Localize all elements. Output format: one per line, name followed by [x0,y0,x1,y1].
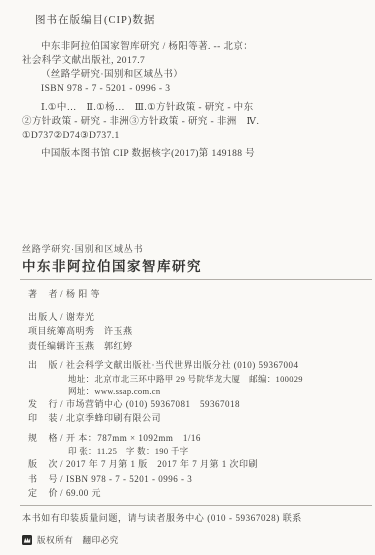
publisher-address: 地址：北京市北三环中路甲 29 号院华龙大厦 邮编：100029 [68,373,357,385]
cip-isbn-line: ISBN 978 - 7 - 5201 - 0996 - 3 [22,82,357,96]
format-value: 开 本：787mm × 1092mm 1/16 [66,431,201,446]
printing-row: 印装 / 北京季蜂印刷有限公司 [28,411,357,426]
slash-separator: / [60,411,63,426]
price-label: 定价 [28,486,58,501]
series-name: 丝路学研究·国别和区域丛书 [22,243,357,255]
cip-record-line: 中东非阿拉伯国家智库研究 / 杨阳等著. -- 北京： [22,40,357,54]
distribution-value: 市场营销中心 (010) 59367081 59367018 [66,397,240,412]
slash-separator: / [60,472,63,487]
slash-separator: / [60,358,63,373]
publisher-person-value: 谢寿光 [66,310,95,325]
project-coordinator-value: 高明秀 许玉燕 [66,324,133,339]
publisher-value: 社会科学文献出版社·当代世界出版分社 (010) 59367004 [66,358,299,373]
editor-row: 责任编辑 / 许玉燕 郭红婷 [28,339,357,354]
cip-classification-line-3: ①D737②D74③D737.1 [22,129,357,143]
author-label: 著者 [28,287,58,302]
book-title: 中东非阿拉伯国家智库研究 [22,258,357,275]
publisher-label: 出版 [28,358,58,373]
isbn-label: 书号 [28,472,58,487]
isbn-value: ISBN 978 - 7 - 5201 - 0996 - 3 [66,472,192,487]
slash-separator: / [60,397,63,412]
publisher-person-row: 出版人 / 谢寿光 [28,310,357,325]
price-value: 69.00 元 [66,486,101,501]
project-coordinator-row: 项目统筹 / 高明秀 许玉燕 [28,324,357,339]
cip-registry-line: 中国版本图书馆 CIP 数据核字(2017)第 149188 号 [22,147,357,161]
cip-series-line: （丝路学研究·国别和区域丛书） [22,68,357,82]
footer-divider [20,505,372,506]
editor-label: 责任编辑 [28,339,58,354]
colophon-block: 著者 / 杨 阳 等 出版人 / 谢寿光 项目统筹 / 高明秀 许玉燕 责任编辑… [22,287,357,501]
publisher-row: 出版 / 社会科学文献出版社·当代世界出版分社 (010) 59367004 [28,358,357,373]
project-coordinator-label: 项目统筹 [28,324,58,339]
cip-publisher-line: 社会科学文献出版社, 2017.7 [22,54,357,68]
title-divider [20,279,372,280]
distribution-row: 发行 / 市场营销中心 (010) 59367081 59367018 [28,397,357,412]
edition-row: 版次 / 2017 年 7 月第 1 版 2017 年 7 月第 1 次印刷 [28,457,357,472]
edition-label: 版次 [28,457,58,472]
quality-note: 本书如有印装质量问题，请与读者服务中心 (010 - 59367028) 联系 [22,512,357,525]
cip-data-block: 图书在版编目(CIP)数据 中东非阿拉伯国家智库研究 / 杨阳等著. -- 北京… [22,14,357,161]
printing-label: 印装 [28,411,58,426]
editor-value: 许玉燕 郭红婷 [66,339,133,354]
publisher-website: 网址：www.ssap.com.cn [68,385,357,397]
copyright-page: 图书在版编目(CIP)数据 中东非阿拉伯国家智库研究 / 杨阳等著. -- 北京… [0,0,375,555]
slash-separator: / [60,486,63,501]
author-row: 著者 / 杨 阳 等 [28,287,357,302]
title-block: 丝路学研究·国别和区域丛书 中东非阿拉伯国家智库研究 [22,243,357,280]
slash-separator: / [60,339,63,354]
price-row: 定价 / 69.00 元 [28,486,357,501]
cip-classification-line-1: Ⅰ.①中… Ⅱ.①杨… Ⅲ.①方针政策 - 研究 - 中东 [22,101,357,115]
cip-classification-line-2: ②方针政策 - 研究 - 非洲③方针政策 - 研究 - 非洲 Ⅳ. [22,115,357,129]
cip-heading: 图书在版编目(CIP)数据 [35,14,357,28]
isbn-row: 书号 / ISBN 978 - 7 - 5201 - 0996 - 3 [28,472,357,487]
format-label: 规格 [28,431,58,446]
printing-value: 北京季蜂印刷有限公司 [66,411,161,426]
slash-separator: / [60,324,63,339]
format-sheets-wordcount: 印 张：11.25 字 数：190 千字 [68,445,357,457]
copyright-statement: 版权所有 翻印必究 [37,534,119,546]
slash-separator: / [60,457,63,472]
slash-separator: / [60,431,63,446]
distribution-label: 发行 [28,397,58,412]
author-value: 杨 阳 等 [66,287,100,302]
footer: 本书如有印装质量问题，请与读者服务中心 (010 - 59367028) 联系 … [22,505,357,546]
copyright-row: 版权所有 翻印必究 [22,534,357,546]
publisher-logo-icon [22,535,32,545]
edition-value: 2017 年 7 月第 1 版 2017 年 7 月第 1 次印刷 [66,457,258,472]
slash-separator: / [60,310,63,325]
slash-separator: / [60,287,63,302]
format-row: 规格 / 开 本：787mm × 1092mm 1/16 [28,431,357,446]
publisher-person-label: 出版人 [28,310,58,325]
